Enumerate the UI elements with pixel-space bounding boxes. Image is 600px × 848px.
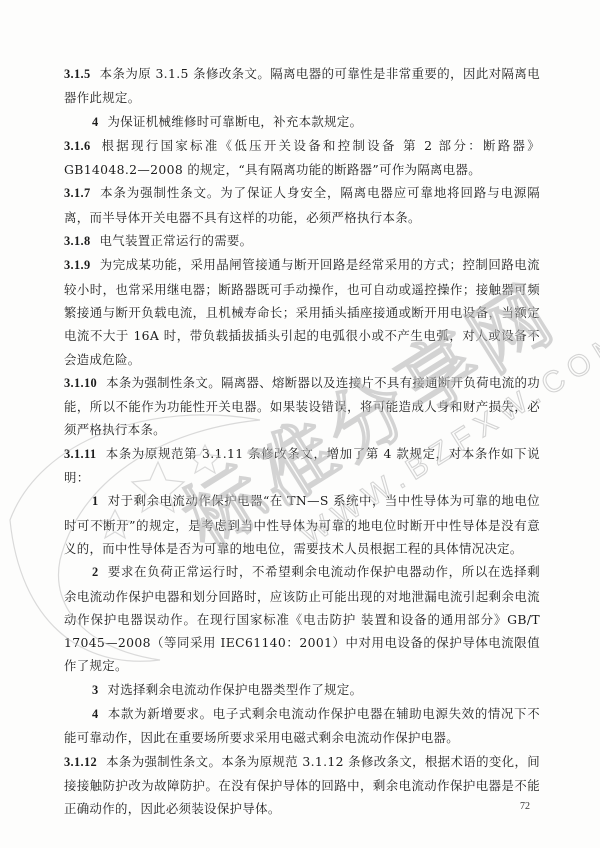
paragraph-3-1-12: 3.1.12本条为强制性条文。本条为原规范 3.1.12 条修改条文，根据术语的… — [64, 750, 540, 821]
page-number: 72 — [520, 801, 530, 812]
paragraph-3-1-8: 3.1.8电气装置正常运行的需要。 — [64, 229, 540, 253]
paragraph-3-1-11-item-1: 1对于剩余电流动作保护电器“在 TN—S 系统中，当中性导体为可靠的地电位时可不… — [64, 489, 540, 560]
paragraph-3-1-10: 3.1.10本条为强制性条文。隔离器、熔断器以及连接片不具有接通断开负荷电流的功… — [64, 371, 540, 442]
paragraph-3-1-11-item-2: 2要求在负荷正常运行时，不希望剩余电流动作保护电器动作，所以在选择剩余电流动作保… — [64, 560, 540, 677]
paragraph-3-1-7: 3.1.7本条为强制性条文。为了保证人身安全，隔离电器应可靠地将回路与电源隔离，… — [64, 181, 540, 229]
paragraph-3-1-11: 3.1.11本条为原规范第 3.1.11 条修改条文，增加了第 4 款规定，对本… — [64, 442, 540, 490]
document-body: 3.1.5本条为原 3.1.5 条修改条文。隔离电器的可靠性是非常重要的，因此对… — [64, 62, 540, 821]
paragraph-3-1-11-item-4: 4本款为新增要求。电子式剩余电流动作保护电器在辅助电源失效的情况下不能可靠动作，… — [64, 702, 540, 750]
paragraph-3-1-6: 3.1.6根据现行国家标准《低压开关设备和控制设备 第 2 部分：断路器》GB1… — [64, 134, 540, 182]
paragraph-3-1-5-item-4: 4为保证机械维修时可靠断电，补充本款规定。 — [64, 110, 540, 134]
paragraph-3-1-9: 3.1.9为完成某功能，采用晶闸管接通与断开回路是经常采用的方式；控制回路电流较… — [64, 253, 540, 370]
paragraph-3-1-5: 3.1.5本条为原 3.1.5 条修改条文。隔离电器的可靠性是非常重要的，因此对… — [64, 62, 540, 110]
paragraph-3-1-11-item-3: 3对选择剩余电流动作保护电器类型作了规定。 — [64, 678, 540, 702]
